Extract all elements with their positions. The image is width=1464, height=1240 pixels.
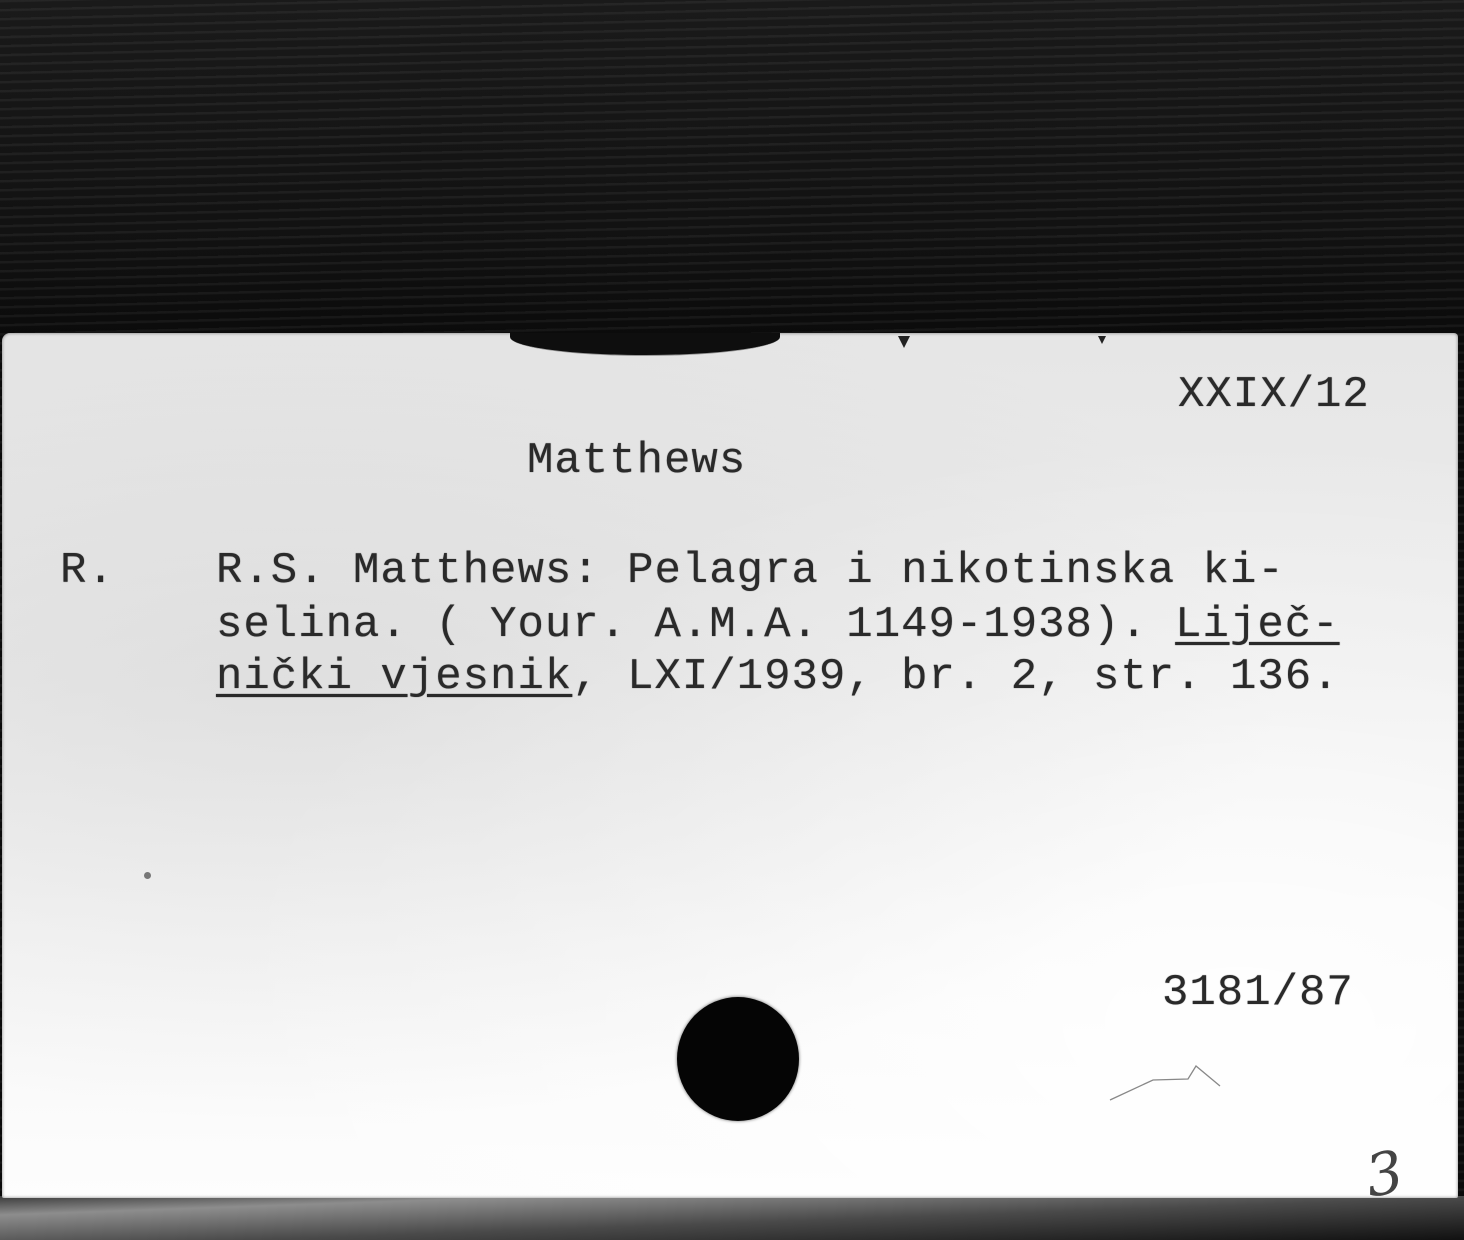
- entry-line-3-text: , LXI/1939, br. 2, str. 136.: [572, 652, 1339, 702]
- entry-line-2: selina. ( Your. A.M.A. 1149-1938). Liječ…: [216, 600, 1340, 650]
- call-number: XXIX/12: [1178, 370, 1370, 420]
- ink-speck: [144, 872, 151, 879]
- entry-line-2-text: selina. ( Your. A.M.A. 1149-1938).: [216, 600, 1175, 650]
- scanned-catalog-card-view: XXIX/12 Matthews R. R.S. Matthews: Pelag…: [0, 0, 1464, 1240]
- journal-title-part-1: Liječ-: [1175, 600, 1339, 650]
- entry-line-3: nički vjesnik, LXI/1939, br. 2, str. 136…: [216, 652, 1340, 702]
- accession-number: 3181/87: [1162, 968, 1354, 1018]
- scanner-background-strip: [0, 1196, 1464, 1240]
- pencil-mark: [1108, 1062, 1238, 1102]
- author-heading: Matthews: [527, 436, 746, 486]
- entry-prefix: R.: [60, 546, 115, 596]
- punched-hole: [677, 997, 799, 1121]
- entry-line-1: R.S. Matthews: Pelagra i nikotinska ki-: [216, 546, 1285, 596]
- journal-title-part-2: nički vjesnik: [216, 652, 572, 702]
